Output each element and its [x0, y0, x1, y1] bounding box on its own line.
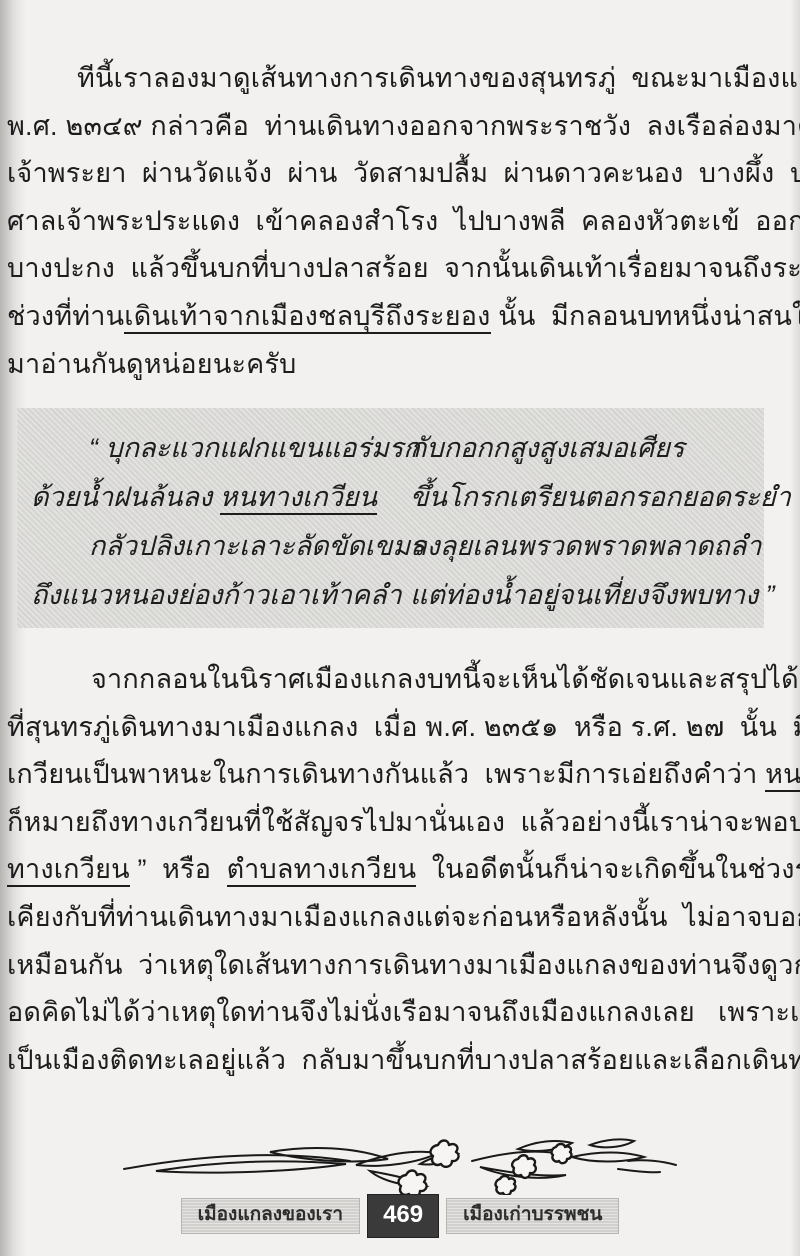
body-text-line: เคียงกับที่ท่านเดินทางมาเมืองแกลงแต่จะก่…: [7, 894, 782, 942]
underlined-phrase-cart-track: หนทางเกวียน: [220, 482, 377, 515]
poem-hemistich: ลงลุยเลนพรวดพราดพลาดถลำ: [402, 522, 764, 571]
paragraph-travel-route: ทีนี้เราลองมาดูเส้นทางการเดินทางของสุนทร…: [7, 55, 782, 388]
text-segment: ก็หมายถึงทางเกวียนที่ใช้สัญจรไปมานั่นเอง…: [7, 807, 800, 837]
floral-divider-graphic: [120, 1131, 680, 1195]
body-text-line: มาอ่านกันดูหน่อยนะครับ: [7, 341, 782, 389]
page-number-badge: 469: [367, 1194, 439, 1238]
body-text-line: เหมือนกัน ว่าเหตุใดเส้นทางการเดินทางมาเม…: [7, 942, 782, 990]
paragraph-analysis: จากกลอนในนิราศเมืองแกลงบทนี้จะเห็นได้ชัด…: [7, 656, 782, 1084]
text-segment: ศาลเจ้าพระประแดง เข้าคลองสำโรง ไปบางพลี …: [7, 206, 800, 236]
poem-row: กลัวปลิงเกาะเลาะลัดขัดเขมร ลงลุยเลนพรวดพ…: [17, 522, 764, 571]
poem-quote-box: “ บุกละแวกแฝกแขนแอร่มรก กับกอกกสูงสูงเสม…: [17, 408, 764, 628]
poem-hemistich: “ บุกละแวกแฝกแขนแอร่มรก: [17, 424, 402, 473]
body-text-line: อดคิดไม่ได้ว่าเหตุใดท่านจึงไม่นั่งเรือมา…: [7, 989, 782, 1037]
poem-hemistich: แต่ท่องน้ำอยู่จนเที่ยงจึงพบทาง ”: [402, 571, 775, 620]
body-text-line: เกวียนเป็นพาหนะในการเดินทางกันแล้ว เพราะ…: [7, 751, 782, 799]
underlined-phrase-walk-chonburi-rayong: เดินเท้าจากเมืองชลบุรีถึงระยอง: [124, 301, 490, 334]
poem-hemistich: ถึงแนวหนองย่องก้าวเอาเท้าคลำ: [17, 571, 402, 620]
underlined-phrase-cart-track: หนทางเกวียน: [765, 759, 800, 792]
text-segment: ด้วยน้ำฝนล้นลง: [31, 482, 220, 512]
underlined-phrase-tambon-thang-kwian: ตำบลทางเกวียน: [227, 854, 417, 887]
body-text-line: เจ้าพระยา ผ่านวัดแจ้ง ผ่าน วัดสามปลื้ม ผ…: [7, 150, 782, 198]
footer-left-label: เมืองแกลงของเรา: [181, 1198, 360, 1234]
scanned-book-page: { "colors": { "page_bg": "#f2f1ef", "tex…: [0, 0, 800, 1256]
body-text-line: บางปะกง แล้วขึ้นบกที่บางปลาสร้อย จากนั้น…: [7, 245, 782, 293]
text-segment: เกวียนเป็นพาหนะในการเดินทางกันแล้ว เพราะ…: [7, 759, 765, 789]
text-segment: เป็นเมืองติดทะเลอยู่แล้ว กลับมาขึ้นบกที่…: [7, 1045, 800, 1075]
poem-hemistich: ด้วยน้ำฝนล้นลง หนทางเกวียน: [17, 473, 402, 522]
text-segment: มาอ่านกันดูหน่อยนะครับ: [7, 349, 296, 379]
body-text-line: ช่วงที่ท่านเดินเท้าจากเมืองชลบุรีถึงระยอ…: [7, 293, 782, 341]
text-segment: ในอดีตนั้นก็น่าจะเกิดขึ้นในช่วงระยะเวลาใ…: [416, 854, 800, 884]
page-footer: เมืองแกลงของเรา 469 เมืองเก่าบรรพชน: [0, 1192, 800, 1240]
text-segment: ” หรือ: [130, 854, 227, 884]
underlined-phrase-thang-kwian: ทางเกวียน: [7, 854, 130, 887]
text-segment: อดคิดไม่ได้ว่าเหตุใดท่านจึงไม่นั่งเรือมา…: [7, 997, 800, 1027]
text-segment: เหมือนกัน ว่าเหตุใดเส้นทางการเดินทางมาเม…: [7, 950, 800, 980]
body-text-line: ที่สุนทรภู่เดินทางมาเมืองแกลง เมื่อ พ.ศ.…: [7, 704, 782, 752]
text-segment: เคียงกับที่ท่านเดินทางมาเมืองแกลงแต่จะก่…: [7, 902, 800, 932]
text-segment: นั้น มีกลอนบทหนึ่งน่าสนใจ เราลอง: [491, 301, 800, 331]
footer-right-label: เมืองเก่าบรรพชน: [446, 1198, 619, 1234]
body-text-line: เป็นเมืองติดทะเลอยู่แล้ว กลับมาขึ้นบกที่…: [7, 1037, 782, 1085]
poem-row: “ บุกละแวกแฝกแขนแอร่มรก กับกอกกสูงสูงเสม…: [17, 408, 764, 473]
text-segment: พ.ศ. ๒๓๔๙ กล่าวคือ ท่านเดินทางออกจากพระร…: [7, 111, 800, 141]
text-segment: เจ้าพระยา ผ่านวัดแจ้ง ผ่าน วัดสามปลื้ม ผ…: [7, 158, 800, 188]
text-segment: บางปะกง แล้วขึ้นบกที่บางปลาสร้อย จากนั้น…: [7, 253, 800, 283]
body-text-line: ทางเกวียน ” หรือ ตำบลทางเกวียน ในอดีตนั้…: [7, 846, 782, 894]
body-text-line: จากกลอนในนิราศเมืองแกลงบทนี้จะเห็นได้ชัด…: [7, 656, 782, 704]
body-text-line: พ.ศ. ๒๓๔๙ กล่าวคือ ท่านเดินทางออกจากพระร…: [7, 103, 782, 151]
text-segment: ที่สุนทรภู่เดินทางมาเมืองแกลง เมื่อ พ.ศ.…: [7, 712, 800, 742]
text-segment: จากกลอนในนิราศเมืองแกลงบทนี้จะเห็นได้ชัด…: [91, 664, 800, 694]
body-text-line: ก็หมายถึงทางเกวียนที่ใช้สัญจรไปมานั่นเอง…: [7, 799, 782, 847]
poem-hemistich: ขึ้นโกรกเตรียนตอกรอกยอดระยำ: [402, 473, 791, 522]
text-segment: ช่วงที่ท่าน: [7, 301, 124, 331]
poem-row: ด้วยน้ำฝนล้นลง หนทางเกวียน ขึ้นโกรกเตรีย…: [17, 473, 764, 522]
body-text-line: ทีนี้เราลองมาดูเส้นทางการเดินทางของสุนทร…: [7, 55, 782, 103]
text-segment: ทีนี้เราลองมาดูเส้นทางการเดินทางของสุนทร…: [77, 63, 800, 93]
body-text-line: ศาลเจ้าพระประแดง เข้าคลองสำโรง ไปบางพลี …: [7, 198, 782, 246]
floral-divider: [0, 1128, 800, 1198]
poem-hemistich: กลัวปลิงเกาะเลาะลัดขัดเขมร: [17, 522, 402, 571]
poem-row: ถึงแนวหนองย่องก้าวเอาเท้าคลำ แต่ท่องน้ำอ…: [17, 571, 764, 620]
poem-hemistich: กับกอกกสูงสูงเสมอเศียร: [402, 424, 764, 473]
